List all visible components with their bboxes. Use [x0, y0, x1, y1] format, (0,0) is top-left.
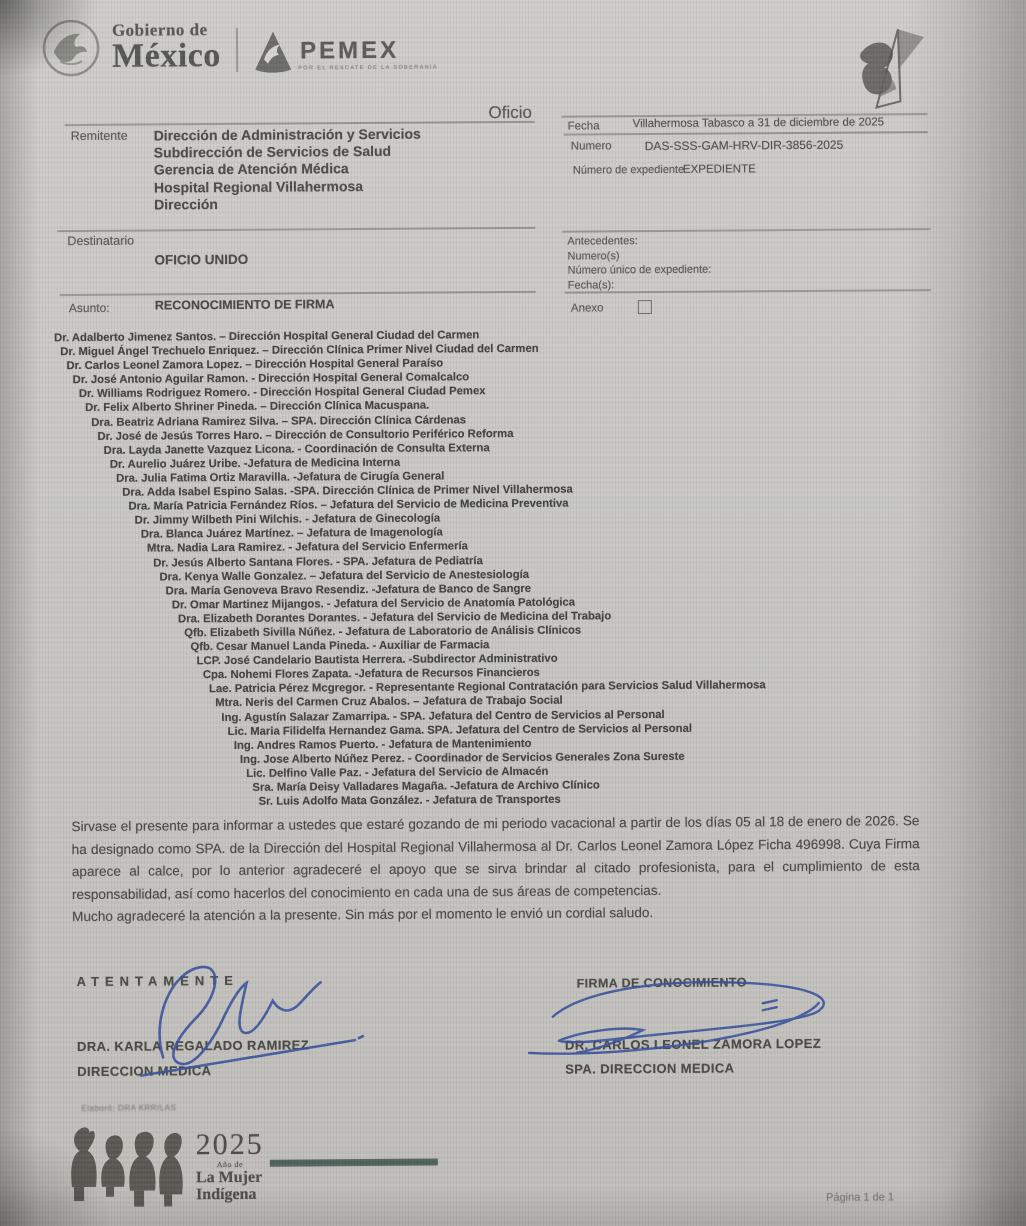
antecedentes-line: Fecha(s): — [568, 277, 712, 293]
pemex-wordmark: PEMEX — [300, 37, 399, 66]
antecedentes-line: Número único de expediente: — [568, 263, 712, 279]
footer-year: 2025 — [196, 1130, 264, 1160]
oficio-page: Gobierno de México PEMEX POR EL RESCATE … — [0, 0, 1026, 1226]
women-silhouettes-icon — [62, 1124, 191, 1222]
asunto-label: Asunto: — [69, 301, 110, 315]
footer-line2: La Mujer — [196, 1170, 264, 1186]
gobierno-mexico-wordmark: Gobierno de México — [112, 21, 221, 74]
fecha-value: Villahermosa Tabasco a 31 de diciembre d… — [633, 116, 885, 130]
destinatario-value: OFICIO UNIDO — [154, 252, 248, 268]
antecedentes-line: Numero(s) — [567, 248, 711, 264]
numero-label: Numero — [571, 140, 612, 152]
expediente-value: EXPEDIENTE — [683, 163, 756, 176]
body-paragraph-1: Sirvase el presente para informar a uste… — [71, 810, 920, 906]
pemex-eagle-icon — [252, 30, 294, 76]
gobierno-line2: México — [112, 39, 221, 74]
rule-right-fecha — [564, 131, 928, 135]
rule-left-mid — [57, 227, 535, 232]
expediente-label: Número de expediente — [573, 164, 684, 177]
antecedentes-block: Antecedentes:Numero(s)Número único de ex… — [567, 234, 711, 293]
year-2025-logo: 2025 Año de La Mujer Indígena — [196, 1130, 265, 1203]
anexo-checkbox — [638, 300, 652, 314]
body-paragraph-2: Mucho agradeceré la atención a la presen… — [72, 900, 920, 929]
elaboro-note: Elaboró: DRA KRR/LAS — [81, 1103, 176, 1113]
photographed-document: Gobierno de México PEMEX POR EL RESCATE … — [0, 0, 1026, 1226]
remitente-line: Gerencia de Atención Médica — [154, 160, 421, 179]
page-number: Página 1 de 1 — [826, 1191, 894, 1203]
antecedentes-line: Antecedentes: — [567, 234, 711, 250]
remitente-lines: Dirección de Administración y ServiciosS… — [154, 126, 422, 214]
rule-left-asunto — [60, 291, 536, 296]
anexo-label: Anexo — [571, 302, 604, 314]
header-divider — [236, 28, 238, 72]
gobierno-line1: Gobierno de — [112, 21, 221, 39]
gobierno-mexico-logo: Gobierno de México — [40, 16, 221, 79]
flag-woman-stamp-icon — [854, 23, 933, 121]
numero-value: DAS-SSS-GAM-HRV-DIR-3856-2025 — [645, 138, 844, 153]
asunto-value: RECONOCIMIENTO DE FIRMA — [155, 297, 335, 312]
fecha-label: Fecha — [568, 120, 600, 132]
remitente-line: Dirección de Administración y Servicios — [154, 126, 421, 145]
rule-right-antecedentes-top — [562, 228, 930, 232]
signature-left-handwriting — [122, 956, 383, 1093]
recipients-list: Dr. Adalberto Jimenez Santos. – Direcció… — [54, 325, 957, 810]
pemex-tagline: POR EL RESCATE DE LA SOBERANÍA — [298, 65, 438, 72]
destinatario-label: Destinatario — [67, 234, 134, 248]
footer-line3: Indígena — [196, 1187, 264, 1203]
remitente-label: Remitente — [71, 129, 128, 143]
footer-accent-bar — [270, 1159, 438, 1167]
rule-left-top — [65, 121, 535, 126]
signature-right-handwriting — [523, 973, 844, 1070]
mexico-eagle-seal-icon — [40, 17, 102, 79]
remitente-line: Subdirección de Servicios de Salud — [154, 143, 421, 162]
remitente-line: Hospital Regional Villahermosa — [154, 177, 421, 196]
remitente-line: Dirección — [154, 194, 421, 213]
